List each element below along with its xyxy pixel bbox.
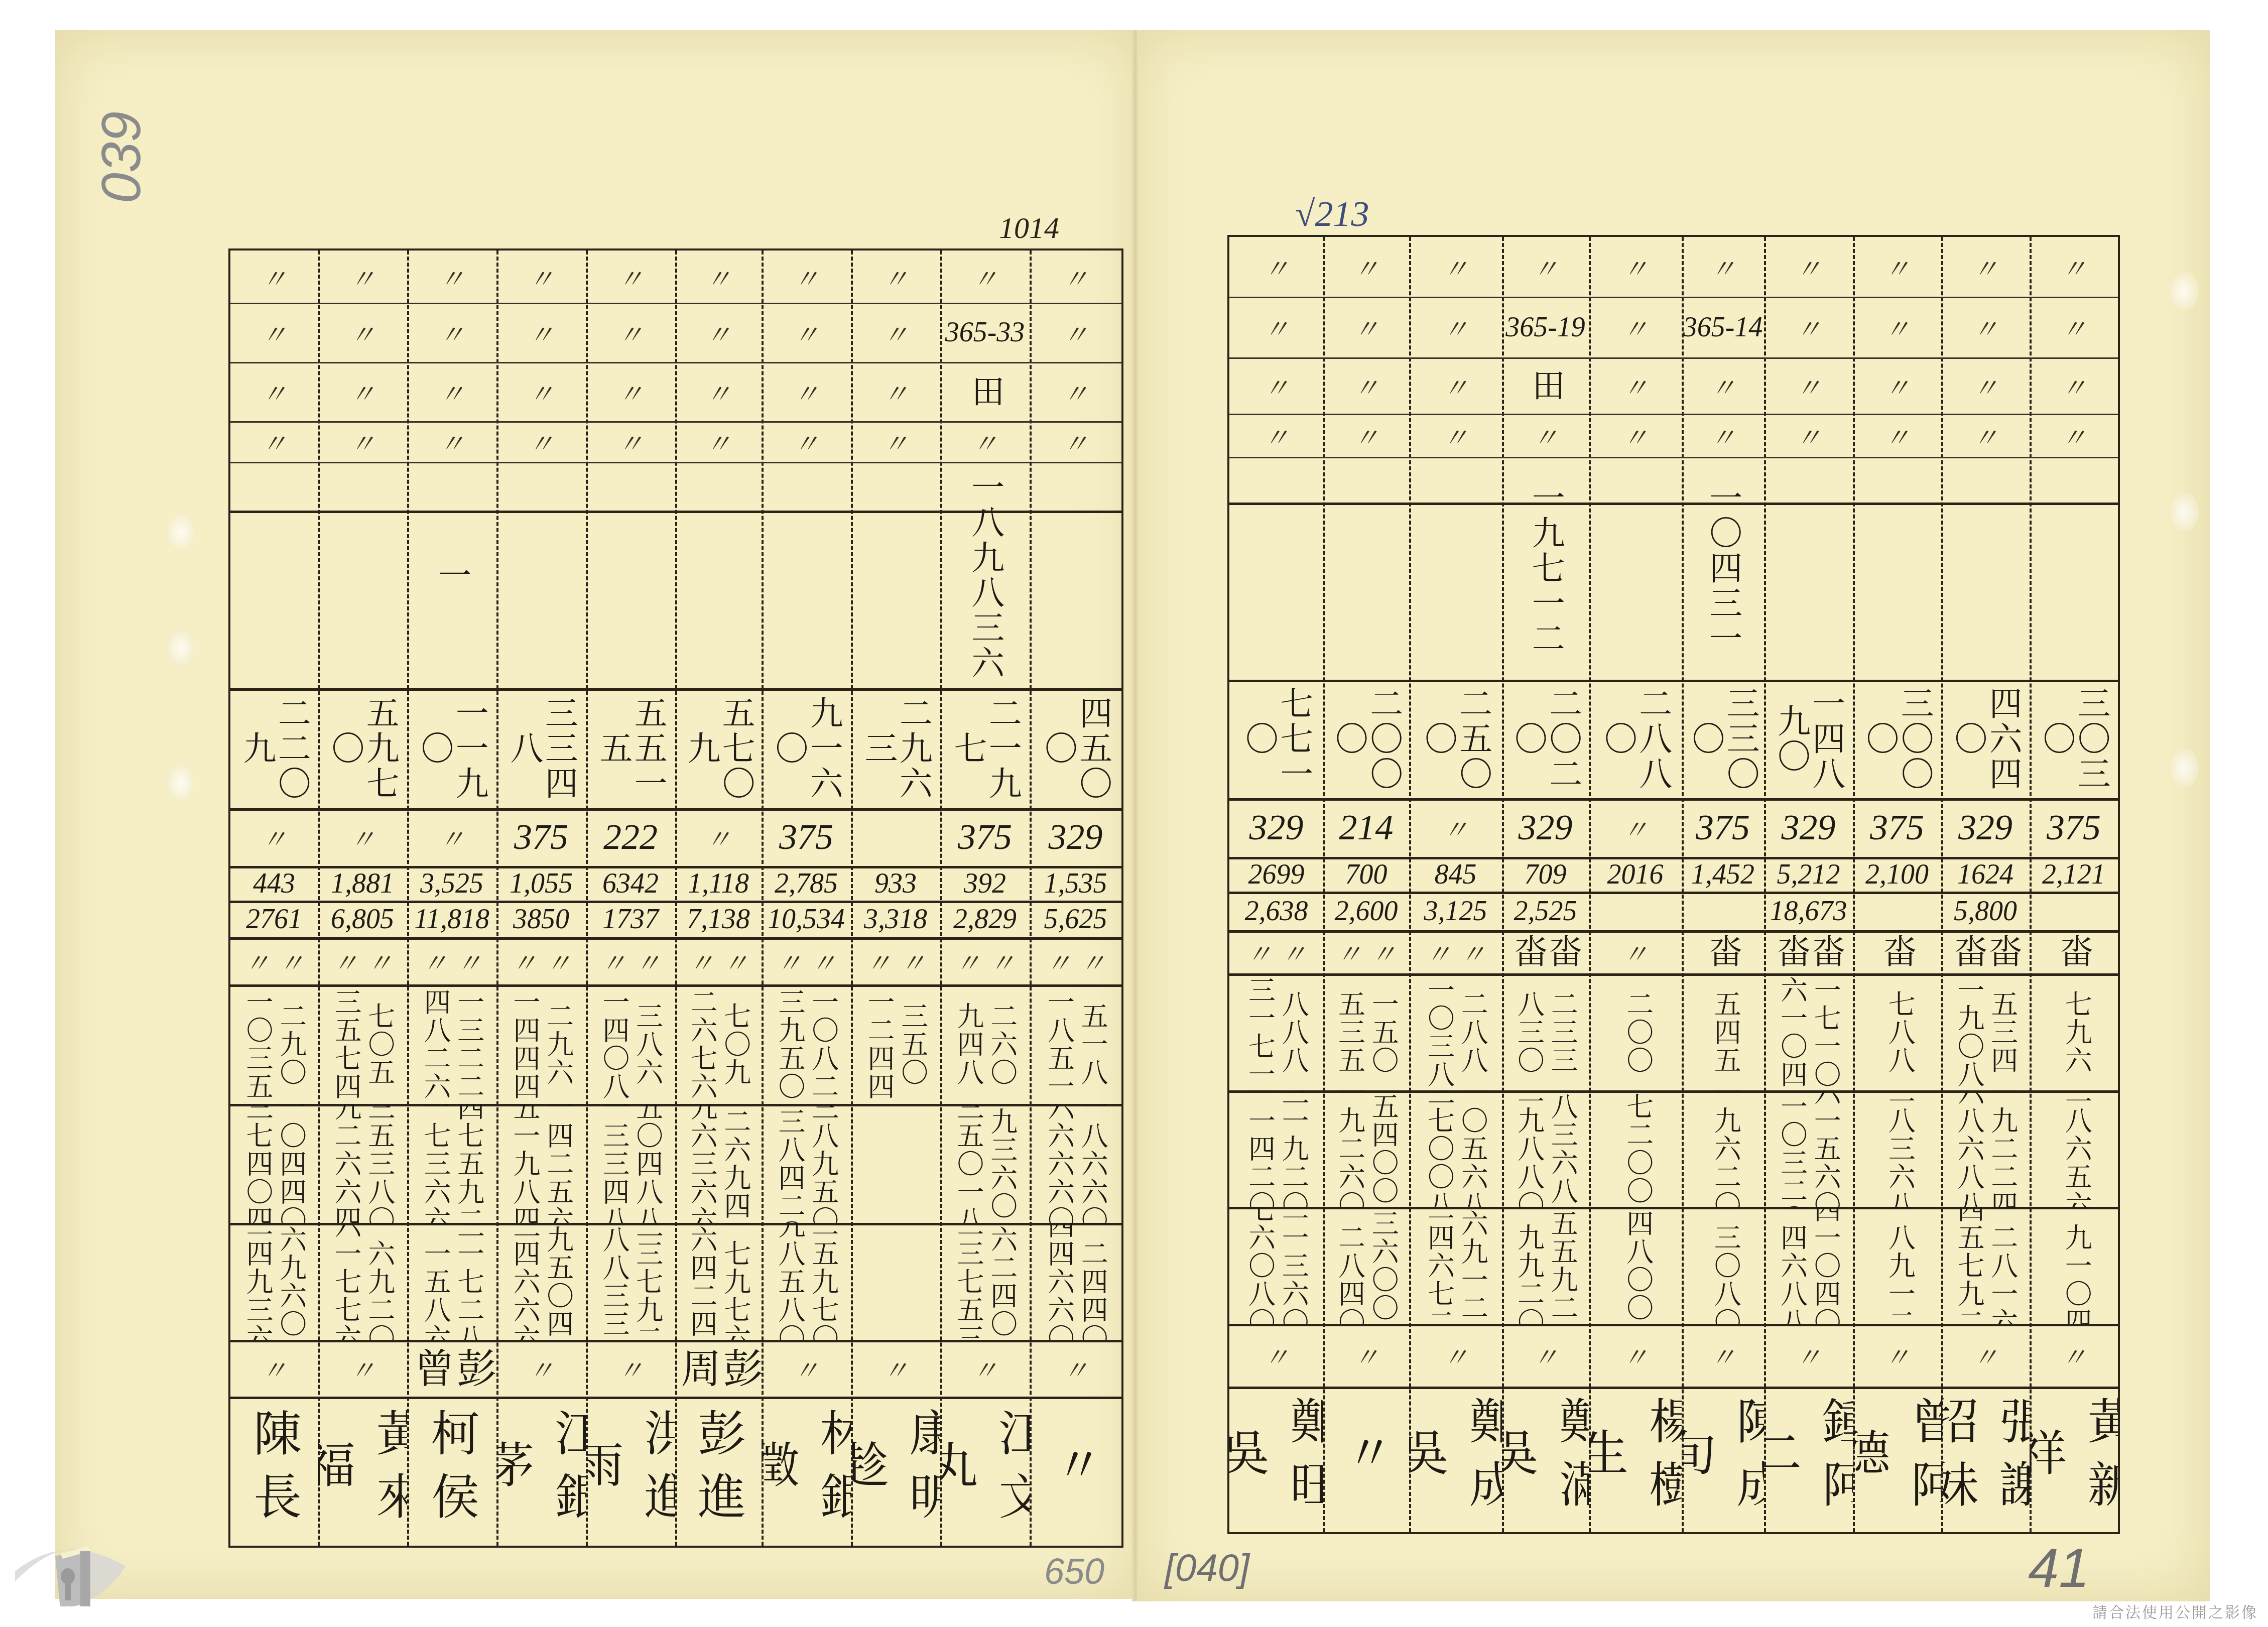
numeric-value: 375: [1870, 807, 1924, 848]
ledger-cell: 〃: [1229, 414, 1323, 457]
ledger-cell: 〃: [2030, 357, 2118, 414]
ledger-cell: 一: [407, 462, 496, 688]
page-fold: [1132, 30, 1139, 1601]
ditto-mark: 〃: [1263, 1336, 1289, 1374]
cell-value: 三九五〇: [775, 988, 804, 1100]
cell-value: 五三四: [1988, 976, 2017, 1088]
ledger-cell: 〃: [1323, 1324, 1409, 1387]
ledger-cell: 鄭旺吳: [1229, 1387, 1323, 1532]
ledger-cell: 六二四〇二三七五三: [940, 1223, 1030, 1340]
ditto-mark: 〃: [528, 1349, 554, 1387]
ledger-cell: 375: [940, 808, 1030, 866]
cell-value: 三三〇〇: [1688, 680, 1758, 798]
ditto-mark: 〃: [883, 1349, 909, 1387]
ditto-mark: 〃: [261, 818, 287, 856]
numeric-value: 700: [1345, 858, 1388, 891]
pencil-annotation-right-bottom: 41: [2028, 1536, 2089, 1600]
ledger-cell: 〃: [1229, 357, 1323, 414]
cell-value: 八三六八: [1548, 1090, 1577, 1207]
ledger-cell: 二一三六〇七六〇八〇: [1229, 1207, 1323, 1324]
ledger-cell: 392: [940, 866, 1030, 901]
ledger-cell: 〃: [1030, 1397, 1121, 1546]
ledger-cell: 〃: [675, 362, 762, 421]
ditto-mark: 〃: [1442, 308, 1468, 346]
ledger-cell: 四五〇〇: [1030, 688, 1121, 808]
ledger-cell: 五七〇九: [675, 688, 762, 808]
ledger-cell: 5,800: [1941, 892, 2030, 930]
ditto-mark: 〃: [1062, 314, 1088, 351]
cell-value: 八三〇: [1515, 990, 1543, 1074]
ledger-cell: [2030, 457, 2118, 680]
ledger-cell: [318, 462, 407, 688]
ledger-cell: 三八六一四〇八: [586, 984, 675, 1104]
ledger-cell: 709: [1502, 857, 1589, 892]
ledger-cell: 〃: [586, 421, 675, 462]
ditto-mark: 〃: [617, 373, 644, 411]
ditto-mark: 〃: [617, 258, 644, 296]
ledger-cell: 329: [1030, 808, 1121, 866]
ledger-cell: 6342: [586, 866, 675, 901]
cell-value: 四五七九二: [1954, 1207, 1983, 1324]
ditto-mark: 〃: [1795, 248, 1821, 286]
ledger-cell: 八三六八二九八八〇: [1502, 1090, 1589, 1207]
ledger-cell: [1030, 462, 1121, 688]
ledger-cell: 〃: [1589, 414, 1682, 457]
ledger-cell: [851, 1223, 940, 1340]
ledger-cell: 〃 〃: [940, 937, 1030, 984]
numeric-value: 2016: [1607, 858, 1664, 891]
ledger-cell: 2,600: [1323, 892, 1409, 930]
ledger-cell: 七〇九二六七六: [675, 984, 762, 1104]
ditto-mark: 〃: [617, 314, 644, 351]
ledger-cell: 五五一五: [586, 688, 675, 808]
ditto-mark: 〃 〃: [244, 942, 305, 980]
ledger-cell: 〃: [230, 808, 318, 866]
ledger-cell: 〃: [762, 421, 851, 462]
ledger-cell: 六九一二二四六七二: [1409, 1207, 1502, 1324]
cell-value: 二四六七二: [1425, 1207, 1453, 1324]
ledger-cell: 2761: [230, 901, 318, 937]
ledger-cell: 222: [586, 808, 675, 866]
ledger-cell: 〃: [762, 303, 851, 362]
ledger-cell: 一〇五六八三七〇〇八: [1409, 1090, 1502, 1207]
ledger-cell: 二六九四九六三六六: [675, 1104, 762, 1223]
ditto-mark: 〃 〃: [776, 942, 837, 980]
cell-value: 五五九二: [1548, 1207, 1577, 1324]
ledger-cell: 〃: [1853, 297, 1941, 357]
ditto-mark: 〃: [1442, 248, 1468, 286]
cell-value: 三三七九二: [633, 1223, 662, 1340]
archive-logo-icon: [10, 1521, 131, 1606]
ditto-mark: 〃: [1622, 1336, 1648, 1374]
ledger-cell: 一六九二〇六一七七六: [318, 1223, 407, 1340]
ledger-cell: 一〇八二三九五〇: [762, 984, 851, 1104]
cell-value: 一四四四: [510, 988, 539, 1100]
ledger-cell: 〃: [1323, 414, 1409, 457]
cell-value: 七八八: [1885, 990, 1914, 1074]
ledger-cell: 黃來福: [318, 1397, 407, 1546]
cell-value: 一三八四二〇: [775, 1104, 804, 1223]
cell-value: 四五〇〇: [1041, 688, 1110, 808]
ledger-cell: 〃: [1853, 414, 1941, 457]
watermark-text: 請合法使用公開之影像: [2092, 1600, 2258, 1622]
ledger-cell: 一二四四〇四四六六〇: [1030, 1223, 1121, 1340]
ledger-cell: 陳長: [230, 1397, 318, 1546]
ledger-cell: 五四〇〇一九二六〇: [1323, 1090, 1409, 1207]
ledger-cell: 一七九七六六四二四: [675, 1223, 762, 1340]
ledger-cell: 3,318: [851, 901, 940, 937]
ledger-cell: 九五〇四三四六六六: [496, 1223, 586, 1340]
ledger-cell: [1764, 457, 1853, 680]
ditto-mark: 〃 〃: [511, 942, 572, 980]
cell-value: 二〇二〇: [1510, 680, 1580, 798]
cell-value: 一一五八六: [421, 1223, 449, 1340]
cell-value: 四七五九二: [454, 1104, 483, 1223]
ledger-cell: 〃: [851, 362, 940, 421]
cell-value: 二一三六〇: [1279, 1207, 1308, 1324]
ledger-cell: 2,829: [940, 901, 1030, 937]
cell-value: 二五九七〇: [809, 1223, 837, 1340]
left-ledger-table: 〃〃〃〃〃〃〃〃〃〃〃〃〃〃〃〃〃〃365-33〃〃〃〃〃〃〃〃〃田〃〃〃〃〃〃…: [228, 248, 1123, 1548]
ledger-cell: 〃: [1941, 357, 2030, 414]
ledger-cell: 五五九二一九九二〇: [1502, 1207, 1589, 1324]
numeric-value: 375: [779, 816, 833, 858]
ditto-mark: 〃: [972, 258, 998, 296]
punch-hole: [166, 512, 196, 552]
cell-value: 九四八: [954, 1002, 982, 1086]
ledger-cell: 〃: [675, 251, 762, 303]
ditto-mark: 〃 〃: [1045, 942, 1106, 980]
numeric-value: 222: [603, 816, 658, 858]
ditto-mark: 〃: [1972, 367, 1998, 405]
ditto-mark: 〃: [1442, 417, 1468, 454]
numeric-value: 5,212: [1777, 858, 1840, 891]
ditto-mark: 〃: [528, 314, 554, 351]
ledger-cell: 〃: [675, 808, 762, 866]
ledger-cell: 1624: [1941, 857, 2030, 892]
note-text: 彭曾: [410, 1340, 494, 1397]
ledger-cell: 〃: [318, 421, 407, 462]
cell-value: 三八九五〇: [809, 1104, 837, 1223]
cell-value: 一四〇八: [599, 988, 628, 1100]
ledger-cell: 三八九五〇一三八四二〇: [762, 1104, 851, 1223]
ledger-cell: 一九七一二: [1502, 457, 1589, 680]
cell-value: 二六九四: [721, 1104, 749, 1223]
cell-value: 五四五: [1711, 990, 1740, 1074]
ledger-cell: 〃: [1229, 1324, 1323, 1387]
cell-value: 一六九二〇: [365, 1223, 394, 1340]
numeric-value: 845: [1435, 858, 1477, 891]
ledger-cell: 6,805: [318, 901, 407, 937]
ledger-cell: [1323, 457, 1409, 680]
cell-value: 一: [434, 558, 469, 593]
numeric-value: 1,881: [331, 867, 394, 900]
ledger-cell: 7,138: [675, 901, 762, 937]
cell-value: 二三三: [1548, 990, 1577, 1074]
ledger-cell: 〃: [1502, 237, 1589, 297]
ditto-mark: 〃: [439, 818, 465, 856]
ledger-cell: [1682, 892, 1764, 930]
ditto-mark: 〃: [1622, 809, 1648, 846]
ledger-cell: [1409, 457, 1502, 680]
ditto-mark: 〃: [1062, 258, 1088, 296]
ditto-mark: 〃: [705, 258, 731, 296]
ledger-cell: 二八三六八: [1853, 1090, 1941, 1207]
cell-value: 二〇〇〇: [1331, 680, 1401, 798]
ledger-cell: 〃: [1323, 1387, 1409, 1532]
ditto-mark: 〃: [2061, 308, 2087, 346]
ditto-mark: 〃: [1622, 367, 1648, 405]
cell-value: 一二四四: [864, 988, 893, 1100]
cell-value: 一九九二〇: [1515, 1207, 1543, 1324]
ledger-cell: 〃: [1764, 414, 1853, 457]
cell-value: 一〇四四〇: [277, 1104, 305, 1223]
ledger-cell: 三三七九二八八三三: [586, 1223, 675, 1340]
ditto-mark: 〃: [349, 373, 375, 411]
ledger-cell: 〃: [1030, 1340, 1121, 1397]
owner-name: 〃: [1041, 1440, 1110, 1503]
ledger-cell: 〃: [1941, 1324, 2030, 1387]
ledger-cell: 〃: [1853, 237, 1941, 297]
cell-value: 五一九八四: [510, 1104, 539, 1223]
numeric-value: 3,125: [1424, 895, 1487, 927]
cell-value: 三四六六六: [510, 1223, 539, 1340]
numeric-value: 5,625: [1044, 903, 1107, 935]
ledger-cell: 375: [2030, 798, 2118, 857]
ledger-cell: [586, 462, 675, 688]
ditto-mark: 〃: [1972, 308, 1998, 346]
ditto-mark: 〃: [261, 423, 287, 460]
ledger-cell: 五四五: [1682, 973, 1764, 1090]
punch-hole: [2169, 492, 2199, 532]
ditto-mark: 〃: [1884, 1336, 1910, 1374]
ledger-cell: 〃: [586, 1340, 675, 1397]
ledger-cell: 365-14: [1682, 297, 1764, 357]
cell-value: 畓 畓: [1951, 930, 2021, 973]
ditto-mark: 〃: [2061, 1336, 2087, 1374]
ledger-cell: [496, 462, 586, 688]
cell-value: 六九六〇: [277, 1223, 305, 1340]
cell-value: 畓: [1705, 934, 1740, 969]
ledger-cell: 彭進: [675, 1397, 762, 1546]
ledger-cell: 鄭成吳: [1409, 1387, 1502, 1532]
ledger-cell: 〃: [230, 362, 318, 421]
ledger-cell: 〃: [675, 303, 762, 362]
ledger-cell: 〃: [1030, 303, 1121, 362]
cell-value: 畓 畓: [1510, 930, 1580, 973]
numeric-value: 2699: [1248, 858, 1305, 891]
cell-value: 二二〇九: [239, 688, 309, 808]
ledger-cell: 二五九七〇九八五八〇: [762, 1223, 851, 1340]
ledger-cell: 〃: [407, 362, 496, 421]
ledger-cell: 〃: [1502, 414, 1589, 457]
numeric-value: 3850: [513, 903, 569, 935]
pencil-annotation-left-bottom: 650: [1044, 1551, 1104, 1592]
cell-value: 三一七一: [1245, 976, 1274, 1088]
ledger-cell: 陳成旬: [1682, 1387, 1764, 1532]
ledger-cell: 933: [851, 866, 940, 901]
ditto-mark: 〃: [1884, 248, 1910, 286]
ledger-cell: 彭曾: [407, 1340, 496, 1397]
ledger-cell: 〃: [586, 362, 675, 421]
ditto-mark: 〃: [528, 258, 554, 296]
cell-value: 一二四四〇: [1078, 1223, 1107, 1340]
cell-value: 八八八: [1279, 976, 1308, 1088]
ditto-mark: 〃: [705, 373, 731, 411]
ditto-mark: 〃: [1795, 417, 1821, 454]
ditto-mark: 〃: [883, 258, 909, 296]
ledger-cell: 二〇二〇: [1502, 680, 1589, 798]
ditto-mark: 〃: [1353, 367, 1379, 405]
ditto-mark: 〃: [1263, 367, 1289, 405]
ledger-cell: 〃: [851, 421, 940, 462]
cell-value: 六九一二: [1458, 1207, 1487, 1324]
ditto-mark: 〃: [1972, 248, 1998, 286]
ditto-mark: 〃: [349, 1349, 375, 1387]
ditto-mark: 〃: [1353, 308, 1379, 346]
owner-name: 〃: [1332, 1428, 1401, 1491]
ledger-cell: 八八八三一七一: [1229, 973, 1323, 1090]
cell-value: 一三〇八〇: [1711, 1207, 1740, 1324]
ledger-cell: 〃: [1030, 362, 1121, 421]
ditto-mark: 〃: [1884, 367, 1910, 405]
ledger-cell: 九三六〇三五〇一八: [940, 1104, 1030, 1223]
ledger-cell: 〃: [1589, 930, 1682, 973]
cell-value: 田: [967, 374, 1002, 409]
ledger-cell: 畓 畓: [1941, 930, 2030, 973]
cell-value: 九二六六四: [331, 1104, 360, 1223]
numeric-value: 2,600: [1335, 895, 1398, 927]
numeric-value: 3,525: [420, 867, 483, 900]
ledger-cell: 二二〇九: [230, 688, 318, 808]
ledger-cell: 畓: [2030, 930, 2118, 973]
ledger-cell: 〃: [496, 362, 586, 421]
ditto-mark: 〃: [1353, 1336, 1379, 1374]
ditto-mark: 〃: [1532, 417, 1558, 454]
cell-value: 六四二四: [687, 1223, 716, 1340]
ditto-mark: 〃 〃: [1336, 933, 1397, 971]
ledger-cell: 〃: [230, 1340, 318, 1397]
ledger-cell: 〃: [762, 1340, 851, 1397]
ditto-mark: 〃: [1353, 248, 1379, 286]
cell-value: 二五〇〇: [1421, 680, 1490, 798]
cell-value: 一三二二: [454, 988, 483, 1100]
ditto-mark: 〃: [1710, 248, 1736, 286]
lot-number: 365-19: [1505, 311, 1585, 343]
ledger-cell: 〃: [2030, 297, 2118, 357]
ditto-mark: 〃: [1062, 423, 1088, 460]
cell-value: 三〇三〇: [2039, 680, 2109, 798]
ledger-cell: 1,881: [318, 866, 407, 901]
ledger-cell: 三一七二八一一五八六: [407, 1223, 496, 1340]
cell-value: 一〇三八: [1425, 976, 1453, 1088]
cell-value: 五〇四八八: [633, 1104, 662, 1223]
ditto-mark: 〃: [705, 423, 731, 460]
ledger-cell: 四一〇四〇一四六八八: [1764, 1207, 1853, 1324]
cell-value: 三一九二〇: [1279, 1090, 1308, 1207]
ledger-cell: 〃: [1323, 297, 1409, 357]
ledger-cell: 〃: [1409, 297, 1502, 357]
ditto-mark: 〃: [1884, 417, 1910, 454]
owner-name: 黃來福: [318, 1397, 407, 1546]
ledger-cell: 〃 〃: [496, 937, 586, 984]
ledger-cell: 〃: [1030, 421, 1121, 462]
ledger-cell: 375: [1682, 798, 1764, 857]
numeric-value: 1,118: [688, 867, 749, 900]
ledger-cell: 二九六三: [851, 688, 940, 808]
ledger-cell: 〃 〃: [1409, 930, 1502, 973]
cell-value: 九八五八〇: [775, 1223, 804, 1340]
ledger-cell: 三一九二〇一一四二〇: [1229, 1090, 1323, 1207]
ledger-cell: 一九六二〇: [1682, 1090, 1764, 1207]
ledger-cell: 〃: [1409, 237, 1502, 297]
ditto-mark: 〃: [617, 423, 644, 460]
ditto-mark: 〃: [1532, 1336, 1558, 1374]
ditto-mark: 〃: [528, 423, 554, 460]
ledger-cell: 〃: [1682, 414, 1764, 457]
ledger-cell: 〃 〃: [407, 937, 496, 984]
cell-value: 四六四〇: [1951, 680, 2021, 798]
ditto-mark: 〃: [349, 314, 375, 351]
numeric-value: 2761: [246, 903, 302, 935]
ledger-cell: 一四二五六五一九八四: [496, 1104, 586, 1223]
ledger-cell: 〃 〃: [1030, 937, 1121, 984]
cell-value: 一九〇八: [1954, 976, 1983, 1088]
ledger-cell: 2,785: [762, 866, 851, 901]
numeric-value: 375: [1696, 807, 1750, 848]
numeric-value: 2,525: [1514, 895, 1577, 927]
cell-value: 一七三六六: [421, 1104, 449, 1223]
ledger-cell: 〃: [851, 1340, 940, 1397]
ledger-cell: 〃: [230, 251, 318, 303]
owner-name: 鄭成吳: [1409, 1387, 1502, 1532]
ledger-cell: 二六〇九四八: [940, 984, 1030, 1104]
ledger-cell: 〃: [1941, 297, 2030, 357]
cell-value: 一四二五六: [544, 1104, 572, 1223]
ledger-cell: [230, 462, 318, 688]
ditto-mark: 〃: [261, 1349, 287, 1387]
ditto-mark: 〃: [1263, 308, 1289, 346]
ledger-cell: 七七一〇: [1229, 680, 1323, 798]
owner-name: 黃新祥: [2030, 1387, 2118, 1532]
cell-value: 六八六八八: [1954, 1090, 1983, 1207]
ledger-cell: 2016: [1589, 857, 1682, 892]
ledger-cell: 1,535: [1030, 866, 1121, 901]
ledger-cell: 七二〇〇: [1589, 1090, 1682, 1207]
cell-value: 二三七五三: [954, 1223, 982, 1340]
cell-value: 一〇四三一: [1705, 480, 1740, 656]
cell-value: 九三六〇: [987, 1104, 1016, 1223]
cell-value: 二九六: [544, 988, 572, 1100]
ledger-cell: 〃: [496, 1340, 586, 1397]
cell-value: 三五三八〇: [365, 1104, 394, 1223]
cell-value: 九六三六六: [687, 1104, 716, 1223]
ledger-cell: 三五三八〇九二六六四: [318, 1104, 407, 1223]
ditto-mark: 〃: [617, 1349, 644, 1387]
ledger-cell: 三〇〇〇: [1853, 680, 1941, 798]
ditto-mark: 〃 〃: [1425, 933, 1486, 971]
cell-value: 七〇五: [365, 988, 394, 1100]
ledger-cell: 一八九八三六: [940, 462, 1030, 688]
blue-annotation-right-top: √213: [1295, 193, 1369, 235]
numeric-value: 2,121: [2042, 858, 2105, 891]
cell-value: 一九一〇四: [2062, 1207, 2091, 1324]
owner-name: 林銀徵: [762, 1397, 851, 1546]
numeric-value: 375: [2047, 807, 2101, 848]
ditto-mark: 〃: [1263, 248, 1289, 286]
ledger-cell: 700: [1323, 857, 1409, 892]
ledger-cell: 一一九〇: [407, 688, 496, 808]
